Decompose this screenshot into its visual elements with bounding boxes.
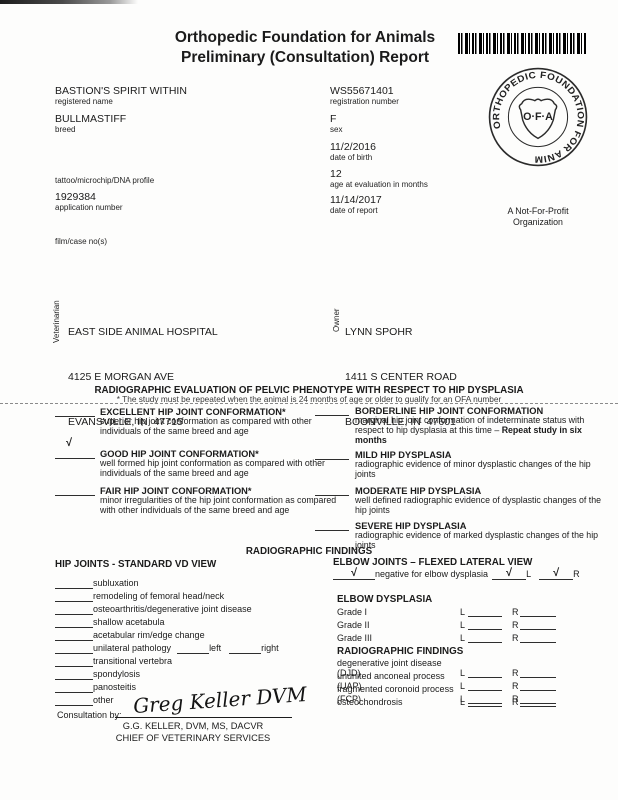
hip-item-label: unilateral pathology (93, 643, 171, 654)
hip-item-label: shallow acetabula (93, 617, 165, 628)
option-desc: well defined radiographic evidence of dy… (355, 496, 609, 516)
field-sex: F sex (330, 113, 342, 135)
application-number-label: application number (55, 203, 123, 213)
grade-label: Grade III (337, 633, 460, 643)
consultation-by-label: Consultation by: (57, 710, 122, 720)
option-mild: MILD HIP DYSPLASIA radiographic evidence… (355, 450, 609, 480)
date-of-report-label: date of report (330, 206, 382, 216)
elbow-joints-heading: ELBOW JOINTS – FLEXED LATERAL VIEW (333, 557, 532, 568)
l-label: L (460, 697, 468, 707)
finding-label: osteochondrosis (337, 697, 460, 707)
option-desc: minor irregularities of the hip joint co… (100, 496, 340, 516)
left-checkmark: √ (506, 568, 512, 579)
scan-artifact (0, 0, 138, 4)
hip-item-line[interactable] (55, 605, 93, 615)
checkbox-line-good[interactable] (55, 449, 95, 459)
film-case-label: film/case no(s) (55, 237, 107, 247)
negative-checkmark: √ (351, 568, 357, 579)
field-application-number: 1929384 application number (55, 191, 123, 213)
checkbox-line-moderate[interactable] (315, 486, 349, 496)
negative-check-line[interactable]: √ (333, 569, 375, 580)
r-line[interactable] (520, 697, 556, 707)
hip-item-line[interactable] (55, 644, 93, 654)
report-page: Orthopedic Foundation for Animals Prelim… (0, 0, 618, 800)
seal-caption: A Not-For-Profit Organization (492, 206, 584, 228)
r-line[interactable] (520, 607, 556, 617)
breed-label: breed (55, 125, 126, 135)
r-label: R (512, 607, 520, 617)
date-of-birth-value: 11/2/2016 (330, 141, 376, 153)
hip-item-row: acetabular rim/edge change (55, 630, 205, 641)
consultant-title: CHIEF OF VETERINARY SERVICES (103, 732, 283, 744)
field-age-at-evaluation: 12 age at evaluation in months (330, 168, 428, 190)
field-film-case: film/case no(s) (55, 237, 107, 247)
sex-value: F (330, 113, 342, 125)
date-of-report-value: 11/14/2017 (330, 194, 382, 206)
sex-label: sex (330, 125, 342, 135)
veterinarian-line2: 4125 E MORGAN AVE (68, 370, 218, 385)
hip-item-row: other (55, 695, 114, 706)
field-date-of-birth: 11/2/2016 date of birth (330, 141, 376, 163)
checkbox-line-mild[interactable] (315, 450, 349, 460)
owner-line2: 1411 S CENTER ROAD (345, 370, 457, 385)
hip-joints-heading: HIP JOINTS - STANDARD VD VIEW (55, 559, 216, 570)
option-desc: radiographic evidence of minor dysplasti… (355, 460, 609, 480)
owner-line1: LYNN SPOHR (345, 325, 457, 340)
age-label: age at evaluation in months (330, 180, 428, 190)
signature: Greg Keller DVM (132, 682, 307, 718)
option-fair: FAIR HIP JOINT CONFORMATION* minor irreg… (100, 486, 340, 516)
option-desc: marginal hip joint conformation of indet… (355, 416, 609, 445)
seal-shield-text: O·F·A (523, 111, 553, 123)
page-title: Orthopedic Foundation for Animals Prelim… (120, 28, 490, 68)
negative-left-line[interactable]: √ (492, 569, 526, 580)
r-line[interactable] (520, 633, 556, 643)
age-value: 12 (330, 168, 428, 180)
right-label: R (573, 569, 580, 580)
checkbox-line-borderline[interactable] (315, 406, 349, 416)
negative-label: negative for elbow dysplasia (375, 569, 488, 580)
checkbox-line-severe[interactable] (315, 521, 349, 531)
veterinarian-label: Veterinarian (52, 300, 61, 343)
grade-row: Grade IILR (337, 620, 556, 630)
registered-name-value: BASTION'S SPIRIT WITHIN (55, 85, 187, 97)
hip-item-line[interactable] (55, 683, 93, 693)
hip-item-line[interactable] (55, 631, 93, 641)
hip-item-row: remodeling of femoral head/neck (55, 591, 224, 602)
field-tattoo: tattoo/microchip/DNA profile (55, 176, 154, 186)
r-line[interactable] (520, 620, 556, 630)
hip-item-line[interactable] (55, 657, 93, 667)
hip-item-label: acetabular rim/edge change (93, 630, 205, 641)
option-desc: well formed hip joint conformation as co… (100, 459, 340, 479)
checkbox-line-fair[interactable] (55, 486, 95, 496)
option-borderline: BORDERLINE HIP JOINT CONFORMATION margin… (355, 406, 609, 445)
seal-caption-line1: A Not-For-Profit (492, 206, 584, 217)
hip-item-line[interactable] (55, 592, 93, 602)
hip-item-row: subluxation (55, 578, 139, 589)
l-line[interactable] (468, 607, 502, 617)
l-label: L (460, 607, 468, 617)
hip-item-row-unilateral: unilateral pathologyleftright (55, 643, 279, 654)
unilateral-right-label: right (261, 643, 279, 654)
hip-item-line[interactable] (55, 670, 93, 680)
field-breed: BULLMASTIFF breed (55, 113, 126, 135)
l-line[interactable] (468, 697, 502, 707)
checkbox-line-excellent[interactable] (55, 407, 95, 417)
seal-caption-line2: Organization (492, 217, 584, 228)
registration-number-label: registration number (330, 97, 399, 107)
l-label: L (460, 633, 468, 643)
elbow-findings-heading: RADIOGRAPHIC FINDINGS (337, 646, 463, 657)
registration-number-value: WS55671401 (330, 85, 399, 97)
field-date-of-report: 11/14/2017 date of report (330, 194, 382, 216)
registered-name-label: registered name (55, 97, 187, 107)
field-registration-number: WS55671401 registration number (330, 85, 399, 107)
page-title-line2: Preliminary (Consultation) Report (120, 48, 490, 68)
hip-item-row: panosteitis (55, 682, 136, 693)
option-moderate: MODERATE HIP DYSPLASIA well defined radi… (355, 486, 609, 516)
section-divider (0, 403, 618, 404)
grade-row: Grade ILR (337, 607, 556, 617)
owner-label: Owner (332, 308, 341, 332)
hip-item-label: spondylosis (93, 669, 140, 680)
hip-item-line[interactable] (55, 618, 93, 628)
option-desc: superior hip joint conformation as compa… (100, 417, 340, 437)
hip-item-label: transitional vertebra (93, 656, 172, 667)
hip-item-line[interactable] (55, 579, 93, 589)
hip-item-label: other (93, 695, 114, 706)
grade-label: Grade I (337, 607, 460, 617)
ofa-seal-icon: ORTHOPEDIC FOUNDATION FOR ANIMALS • O·F·… (487, 66, 589, 168)
grade-row: Grade IIILR (337, 633, 556, 643)
hip-item-line[interactable] (55, 696, 93, 706)
hip-item-label: subluxation (93, 578, 139, 589)
hip-item-row: transitional vertebra (55, 656, 172, 667)
option-good: GOOD HIP JOINT CONFORMATION* well formed… (100, 449, 340, 479)
application-number-value: 1929384 (55, 191, 123, 203)
page-title-line1: Orthopedic Foundation for Animals (120, 28, 490, 48)
l-line[interactable] (468, 620, 502, 630)
right-checkmark: √ (553, 568, 559, 579)
barcode-icon (458, 33, 586, 54)
findings-heading: RADIOGRAPHIC FINDINGS (0, 546, 618, 557)
r-label: R (512, 697, 520, 707)
consultant-name: G.G. KELLER, DVM, MS, DACVR (103, 720, 283, 732)
field-registered-name: BASTION'S SPIRIT WITHIN registered name (55, 85, 187, 107)
hip-item-row: osteoarthritis/degenerative joint diseas… (55, 604, 252, 615)
hip-item-label: panosteitis (93, 682, 136, 693)
negative-right-line[interactable]: √ (539, 569, 573, 580)
option-excellent: EXCELLENT HIP JOINT CONFORMATION* superi… (100, 407, 340, 437)
l-label: L (460, 620, 468, 630)
elbow-finding-row: osteochondrosisLR (337, 697, 556, 707)
hip-item-row: shallow acetabula (55, 617, 165, 628)
elbow-dysplasia-heading: ELBOW DYSPLASIA (337, 594, 432, 605)
unilateral-left-label: left (209, 643, 221, 654)
signature-line[interactable] (115, 717, 292, 718)
good-checkmark: √ (66, 437, 72, 449)
tattoo-label: tattoo/microchip/DNA profile (55, 176, 154, 186)
hip-item-label: remodeling of femoral head/neck (93, 591, 224, 602)
date-of-birth-label: date of birth (330, 153, 376, 163)
veterinarian-line1: EAST SIDE ANIMAL HOSPITAL (68, 325, 218, 340)
l-line[interactable] (468, 633, 502, 643)
hip-item-label: osteoarthritis/degenerative joint diseas… (93, 604, 252, 615)
r-label: R (512, 633, 520, 643)
unilateral-right-line[interactable] (229, 644, 261, 654)
breed-value: BULLMASTIFF (55, 113, 126, 125)
unilateral-left-line[interactable] (177, 644, 209, 654)
grade-label: Grade II (337, 620, 460, 630)
hip-item-row: spondylosis (55, 669, 140, 680)
left-label: L (526, 569, 531, 580)
r-label: R (512, 620, 520, 630)
elbow-negative-row: √negative for elbow dysplasia√L√R (333, 569, 580, 580)
